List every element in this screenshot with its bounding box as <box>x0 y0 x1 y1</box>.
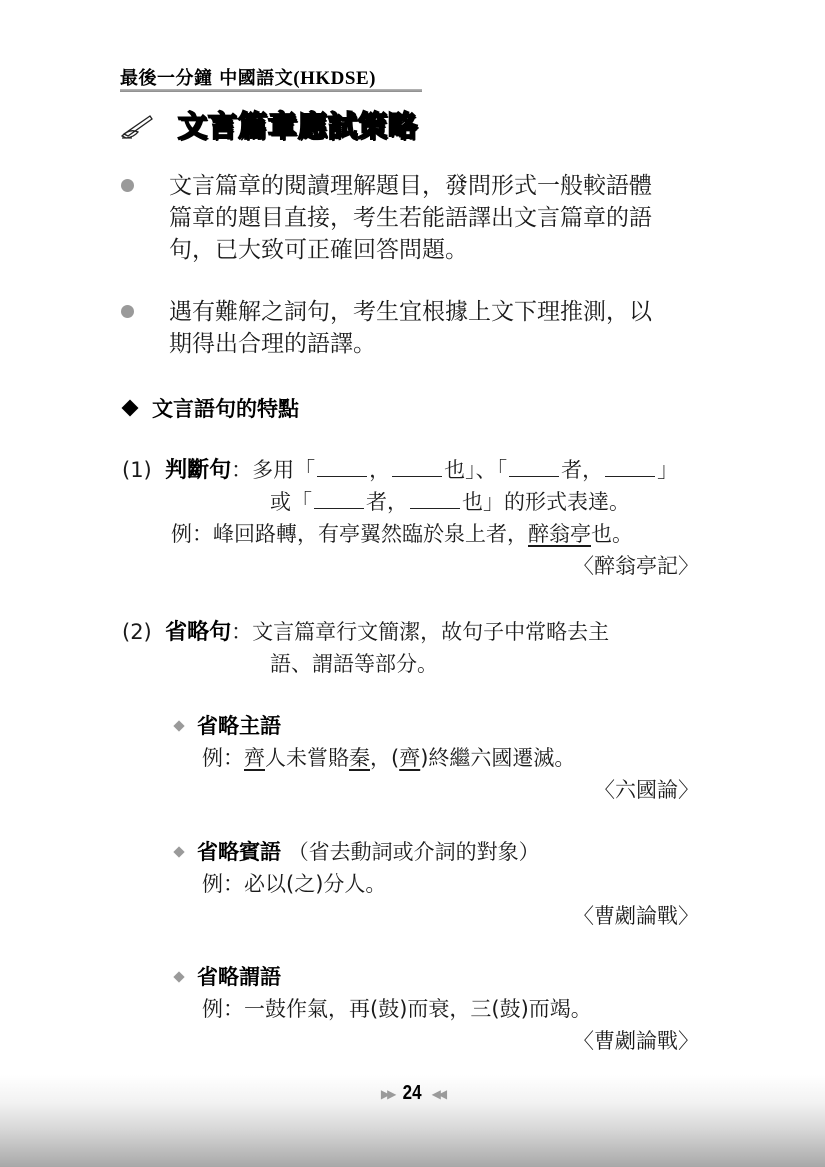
colon: ： <box>231 458 252 482</box>
blank <box>509 458 559 477</box>
item-number: (2) <box>122 620 152 644</box>
source-citation: 〈曹劌論戰〉 <box>573 1026 699 1056</box>
underlined-text: 齊 <box>244 746 265 770</box>
source-citation: 〈醉翁亭記〉 <box>573 551 699 581</box>
bullet-paragraph-2: 遇有難解之詞句，考生宜根據上文下理推測，以 期得出合理的語譯。 <box>169 296 652 360</box>
diamond-bullet-icon <box>173 720 184 731</box>
blank <box>317 458 367 477</box>
text-line: 文言篇章的閱讀理解題目，發問形式一般較語體 <box>169 170 652 202</box>
sub-item-note: （省去動詞或介詞的對象） <box>288 840 540 864</box>
page-number: 24 <box>403 1082 422 1105</box>
bullet-dot <box>121 179 134 192</box>
sub-item-term: 省略謂語 <box>197 965 281 989</box>
underlined-text: 齊 <box>399 746 420 770</box>
page-number-row: ▶▶ 24 ◀◀ <box>0 1082 825 1105</box>
source-citation: 〈曹劌論戰〉 <box>573 901 699 931</box>
text: 多用「 <box>252 458 315 482</box>
diamond-bullet-icon <box>122 400 139 417</box>
underlined-text: 秦 <box>349 746 370 770</box>
text-line: 句，已大致可正確回答問題。 <box>169 234 652 266</box>
text-line: 期得出合理的語譯。 <box>169 328 652 360</box>
double-right-arrow-icon: ▶▶ <box>381 1087 393 1101</box>
bullet-paragraph-1: 文言篇章的閱讀理解題目，發問形式一般較語體 篇章的題目直接，考生若能語譯出文言篇… <box>169 170 652 266</box>
text-line: 篇章的題目直接，考生若能語譯出文言篇章的語 <box>169 202 652 234</box>
section-heading: 文言語句的特點 <box>120 393 299 423</box>
item-1-example: 例：峰回路轉，有亭翼然臨於泉上者，醉翁亭也。 <box>171 519 633 549</box>
text: 」 <box>657 458 678 482</box>
writing-hand-icon <box>120 110 156 140</box>
section-heading-text: 文言語句的特點 <box>152 393 299 423</box>
double-left-arrow-icon: ◀◀ <box>432 1087 444 1101</box>
sub-item-example: 例：一鼓作氣，再(鼓)而衰，三(鼓)而竭。 <box>202 994 592 1024</box>
item-term: 判斷句 <box>165 458 231 483</box>
text: 例：峰回路轉，有亭翼然臨於泉上者， <box>171 522 528 546</box>
blank <box>392 458 442 477</box>
sub-item-example: 例：必以(之)分人。 <box>202 869 386 899</box>
text: ，( <box>370 746 399 770</box>
sub-item-term: 省略主語 <box>197 714 281 738</box>
blank <box>410 490 460 509</box>
text: 例： <box>202 746 244 770</box>
sub-item-heading: 省略謂語 <box>171 962 281 992</box>
item-2-line-1: (2) 省略句：文言篇章行文簡潔，故句子中常略去主 <box>122 617 609 648</box>
page-title: 文言篇章應試策略 <box>178 104 418 145</box>
text-line: 遇有難解之詞句，考生宜根據上文下理推測，以 <box>169 296 652 328</box>
text: ， <box>369 458 390 482</box>
item-term: 省略句 <box>165 620 231 645</box>
underlined-text: 醉翁亭 <box>528 522 591 546</box>
item-number: (1) <box>122 458 152 482</box>
book-title-en: (HKDSE) <box>293 68 376 89</box>
book-title-zh: 最後一分鐘 中國語文 <box>120 68 293 89</box>
item-2-line-2: 語、謂語等部分。 <box>270 649 438 679</box>
text: 文言篇章行文簡潔，故句子中常略去主 <box>252 620 609 644</box>
text: 者， <box>561 458 603 482</box>
sub-item-example: 例：齊人未嘗賂秦，(齊)終繼六國遷滅。 <box>202 743 575 773</box>
blank <box>605 458 655 477</box>
text: 人未嘗賂 <box>265 746 349 770</box>
text: )終繼六國遷滅。 <box>420 746 575 770</box>
sub-item-heading: 省略主語 <box>171 711 281 741</box>
sub-item-term: 省略賓語 <box>197 840 281 864</box>
text: 者， <box>366 490 408 514</box>
text: 也。 <box>591 522 633 546</box>
text: 也」、「 <box>444 458 507 482</box>
sub-item-heading: 省略賓語 （省去動詞或介詞的對象） <box>171 837 540 867</box>
title-row: 文言篇章應試策略 <box>120 104 418 145</box>
source-citation: 〈六國論〉 <box>594 775 699 805</box>
diamond-bullet-icon <box>173 971 184 982</box>
diamond-bullet-icon <box>173 846 184 857</box>
text: 也」的形式表達。 <box>462 490 630 514</box>
header-underline <box>120 89 422 92</box>
bullet-dot <box>121 305 134 318</box>
colon: ： <box>231 620 252 644</box>
blank <box>314 490 364 509</box>
item-1-line-2: 或「者，也」的形式表達。 <box>270 487 630 517</box>
item-1-line-1: (1) 判斷句：多用「，也」、「者，」 <box>122 455 678 486</box>
text: 或「 <box>270 490 312 514</box>
